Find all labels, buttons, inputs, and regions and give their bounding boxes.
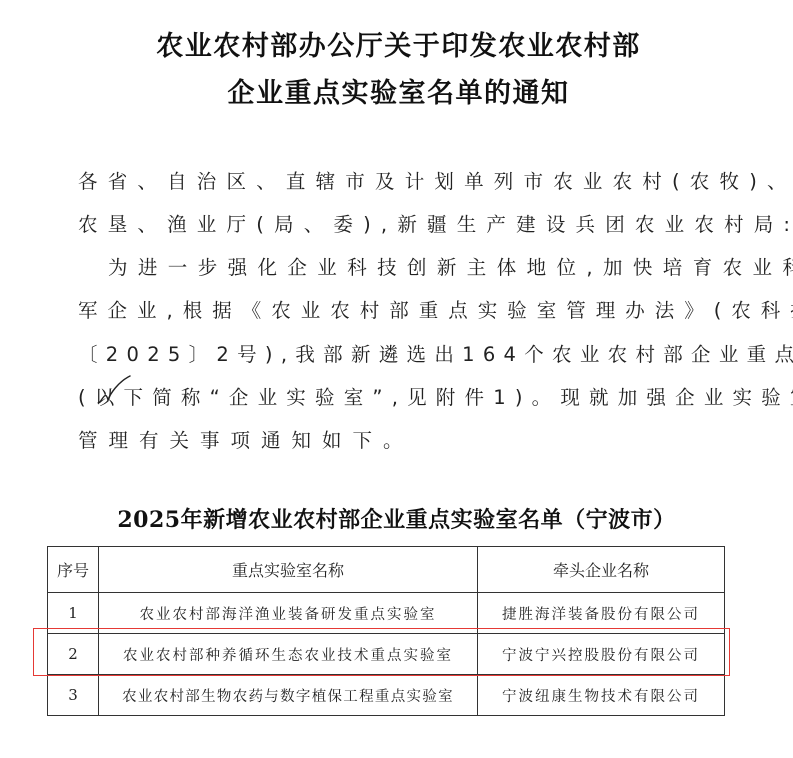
body-line-3: 为进一步强化企业科技创新主体地位,加快培育农业科技领 <box>108 258 793 278</box>
table-title: 2025年新增农业农村部企业重点实验室名单（宁波市） <box>0 509 793 531</box>
body-line-5: 〔2025〕2号),我部新遴选出164个农业农村部企业重点实验室 <box>78 345 793 365</box>
row-company-name: 宁波宁兴控股股份有限公司 <box>478 634 725 675</box>
body-line-1: 各省、自治区、直辖市及计划单列市农业农村(农牧)、畜牧兽医、 <box>78 172 793 192</box>
row-lab-name: 农业农村部海洋渔业装备研发重点实验室 <box>99 593 478 634</box>
table-header-row: 序号 重点实验室名称 牵头企业名称 <box>48 547 725 593</box>
body-line-2: 农垦、渔业厅(局、委),新疆生产建设兵团农业农村局: <box>78 215 793 235</box>
body-line-4: 军企业,根据《农业农村部重点实验室管理办法》(农科技发 <box>78 301 793 321</box>
table-row-highlighted: 2 农业农村部种养循环生态农业技术重点实验室 宁波宁兴控股股份有限公司 <box>48 634 725 675</box>
body-line-7: 管理有关事项通知如下。 <box>78 431 414 451</box>
notice-title-line-2: 企业重点实验室名单的通知 <box>2 80 793 107</box>
row-company-name: 宁波纽康生物技术有限公司 <box>478 675 725 716</box>
row-no: 1 <box>48 593 99 634</box>
header-no: 序号 <box>48 547 99 593</box>
lab-list-table: 序号 重点实验室名称 牵头企业名称 1 农业农村部海洋渔业装备研发重点实验室 捷… <box>47 546 725 716</box>
row-no: 3 <box>48 675 99 716</box>
body-line-6: (以下简称“企业实验室”,见附件1)。现就加强企业实验室建设 <box>78 388 793 408</box>
table-row: 3 农业农村部生物农药与数字植保工程重点实验室 宁波纽康生物技术有限公司 <box>48 675 725 716</box>
row-company-name: 捷胜海洋装备股份有限公司 <box>478 593 725 634</box>
table-row: 1 农业农村部海洋渔业装备研发重点实验室 捷胜海洋装备股份有限公司 <box>48 593 725 634</box>
row-no: 2 <box>48 634 99 675</box>
row-lab-name: 农业农村部种养循环生态农业技术重点实验室 <box>99 634 478 675</box>
header-company-name: 牵头企业名称 <box>478 547 725 593</box>
notice-title-line-1: 农业农村部办公厅关于印发农业农村部 <box>2 33 793 60</box>
header-lab-name: 重点实验室名称 <box>99 547 478 593</box>
row-lab-name: 农业农村部生物农药与数字植保工程重点实验室 <box>99 675 478 716</box>
pen-checkmark-icon <box>96 372 136 412</box>
